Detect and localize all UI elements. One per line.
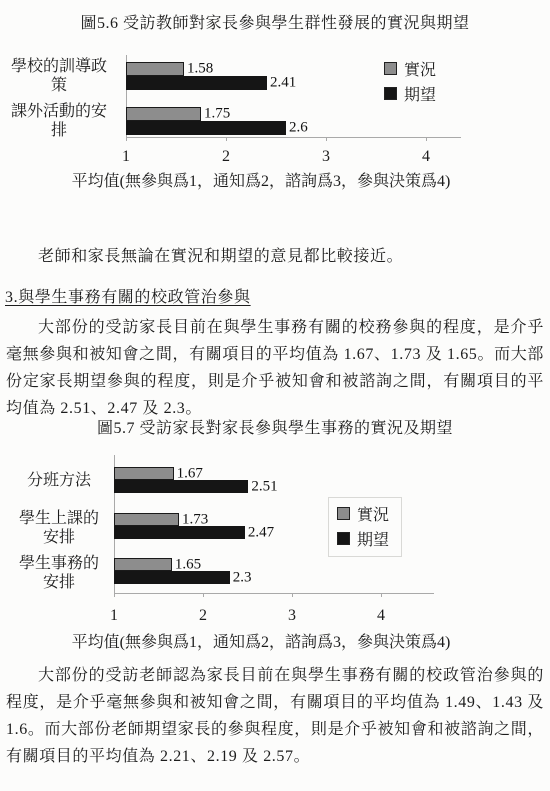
axis-tickmark	[126, 137, 127, 141]
section-heading: 3.與學生事務有關的校政管治參與	[5, 287, 251, 309]
bar-期望: 2.47	[114, 526, 245, 539]
axis-tick-label: 1	[110, 606, 118, 626]
category-label: 學生事務的安排	[0, 554, 118, 592]
value-label: 2.51	[251, 479, 277, 494]
figure-5-6-title: 圖5.6 受訪教師對家長參與學生群性發展的實況與期望	[0, 13, 550, 34]
bar-期望: 2.6	[126, 121, 286, 135]
legend: 實況期望	[384, 56, 436, 106]
value-label: 1.75	[204, 107, 230, 122]
axis-tick-label: 4	[422, 147, 430, 167]
axis-tick-label: 3	[288, 606, 296, 626]
value-label: 2.47	[248, 525, 274, 540]
value-label: 2.3	[233, 570, 252, 585]
axis-tick-label: 3	[322, 147, 330, 167]
axis-tick-label: 2	[199, 606, 207, 626]
legend-swatch-期望	[337, 532, 350, 545]
bar-實況: 1.67	[114, 467, 174, 480]
figure-5-7-axis-label: 平均值(無參與爲1，通知爲2，諮詢爲3，參與決策爲4)	[0, 632, 522, 654]
legend-item: 實況	[384, 56, 436, 81]
legend-item: 期望	[337, 526, 389, 551]
axis-tickmark	[292, 593, 293, 597]
bar-期望: 2.3	[114, 571, 230, 584]
legend-item: 實況	[337, 501, 389, 526]
axis-tickmark	[226, 137, 227, 141]
value-label: 1.58	[187, 62, 213, 77]
bar-實況: 1.58	[126, 62, 184, 76]
legend-label: 期望	[357, 527, 389, 550]
figure-5-6-chart: 學校的訓導政策課外活動的安排1.582.411.752.61234實況期望	[0, 55, 550, 173]
axis-tick-label: 1	[122, 147, 130, 167]
paragraph-teachers: 大部份的受訪老師認為家長目前在與學生事務有關的校政管治參與的程度，是介乎毫無參與…	[6, 662, 544, 770]
figure-5-7-title: 圖5.7 受訪家長對家長參與學生事務的實況及期望	[0, 418, 550, 439]
document-page: 圖5.6 受訪教師對家長參與學生群性發展的實況與期望 學校的訓導政策課外活動的安…	[0, 0, 550, 791]
figure-5-6-axis-label: 平均值(無參與爲1，通知爲2，諮詢爲3，參與決策爲4)	[0, 171, 522, 193]
x-axis-line	[114, 593, 434, 594]
category-label: 學校的訓導政策	[0, 57, 118, 95]
bar-期望: 2.51	[114, 480, 248, 493]
legend-swatch-實況	[337, 507, 350, 520]
legend-label: 期望	[404, 82, 436, 105]
axis-tickmark	[114, 593, 115, 597]
axis-tickmark	[381, 593, 382, 597]
value-label: 1.73	[182, 512, 208, 527]
value-label: 2.41	[270, 76, 296, 91]
category-label: 學生上課的安排	[0, 509, 118, 547]
bar-期望: 2.41	[126, 76, 267, 90]
value-label: 2.6	[289, 121, 308, 136]
paragraph-parents: 大部份的受訪家長目前在與學生事務有關的校務參與的程度，是介乎毫無參與和被知會之間…	[6, 314, 544, 422]
axis-tickmark	[426, 137, 427, 141]
legend-swatch-期望	[384, 87, 397, 100]
legend-item: 期望	[384, 81, 436, 106]
figure-5-7-chart: 分班方法學生上課的安排學生事務的安排1.672.511.732.471.652.…	[0, 455, 550, 633]
category-label: 分班方法	[0, 471, 118, 490]
bar-實況: 1.75	[126, 107, 201, 121]
value-label: 1.65	[175, 557, 201, 572]
axis-tick-label: 2	[222, 147, 230, 167]
intro-sentence: 老師和家長無論在實況和期望的意見都比較接近。	[6, 243, 544, 270]
value-label: 1.67	[177, 466, 203, 481]
axis-tick-label: 4	[377, 606, 385, 626]
legend-label: 實況	[404, 57, 436, 80]
category-label: 課外活動的安排	[0, 102, 118, 140]
legend: 實況期望	[328, 497, 402, 557]
bar-實況: 1.65	[114, 558, 172, 571]
axis-tickmark	[326, 137, 327, 141]
bar-實況: 1.73	[114, 513, 179, 526]
axis-tickmark	[203, 593, 204, 597]
legend-swatch-實況	[384, 62, 397, 75]
legend-label: 實況	[357, 502, 389, 525]
x-axis-line	[126, 137, 461, 138]
